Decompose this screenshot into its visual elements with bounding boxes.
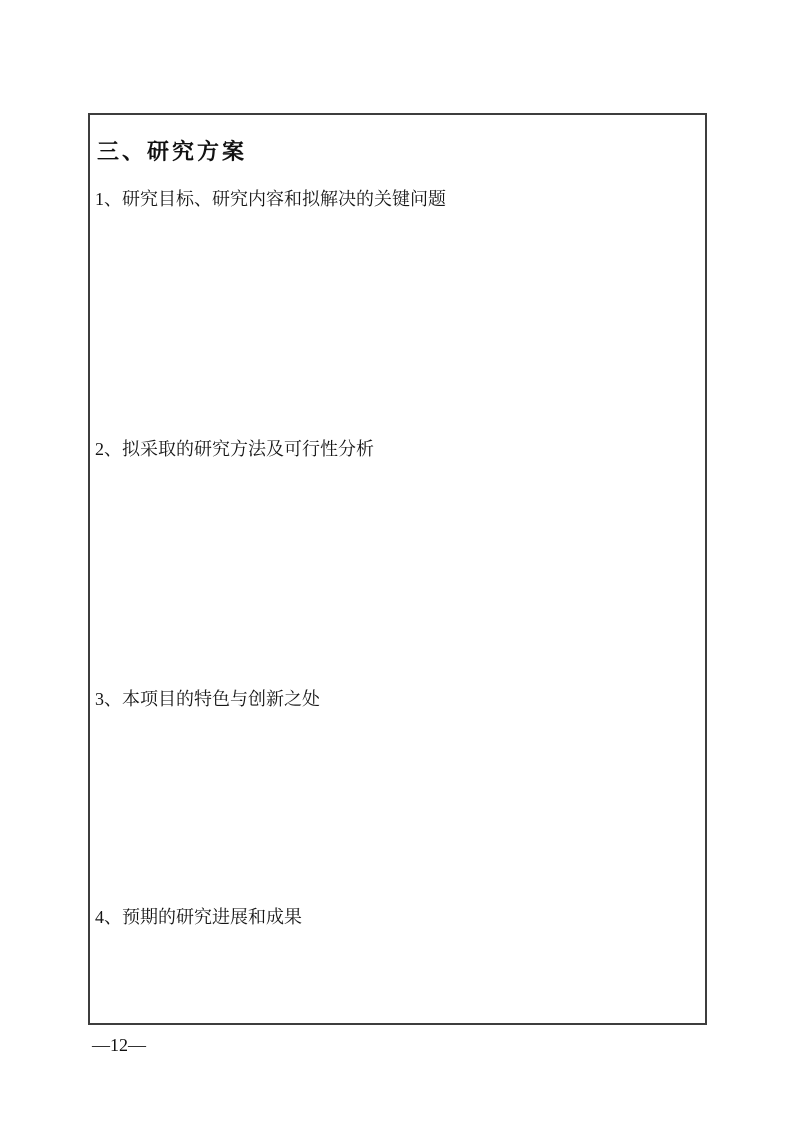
answer-area-research-goals [92,217,702,431]
form-item-label-project-innovation: 3、本项目的特色与创新之处 [95,687,320,711]
document-page: 三、研究方案 1、研究目标、研究内容和拟解决的关键问题 2、拟采取的研究方法及可… [0,0,794,1123]
form-item-label-research-goals: 1、研究目标、研究内容和拟解决的关键问题 [95,187,446,211]
answer-area-research-methods [92,467,702,681]
page-number: —12— [92,1034,146,1056]
form-item-label-expected-progress: 4、预期的研究进展和成果 [95,905,302,929]
form-item-label-research-methods: 2、拟采取的研究方法及可行性分析 [95,437,374,461]
research-plan-form-box: 三、研究方案 1、研究目标、研究内容和拟解决的关键问题 2、拟采取的研究方法及可… [88,113,707,1025]
answer-area-expected-progress [92,935,702,1021]
answer-area-project-innovation [92,717,702,899]
section-title: 三、研究方案 [97,139,247,165]
